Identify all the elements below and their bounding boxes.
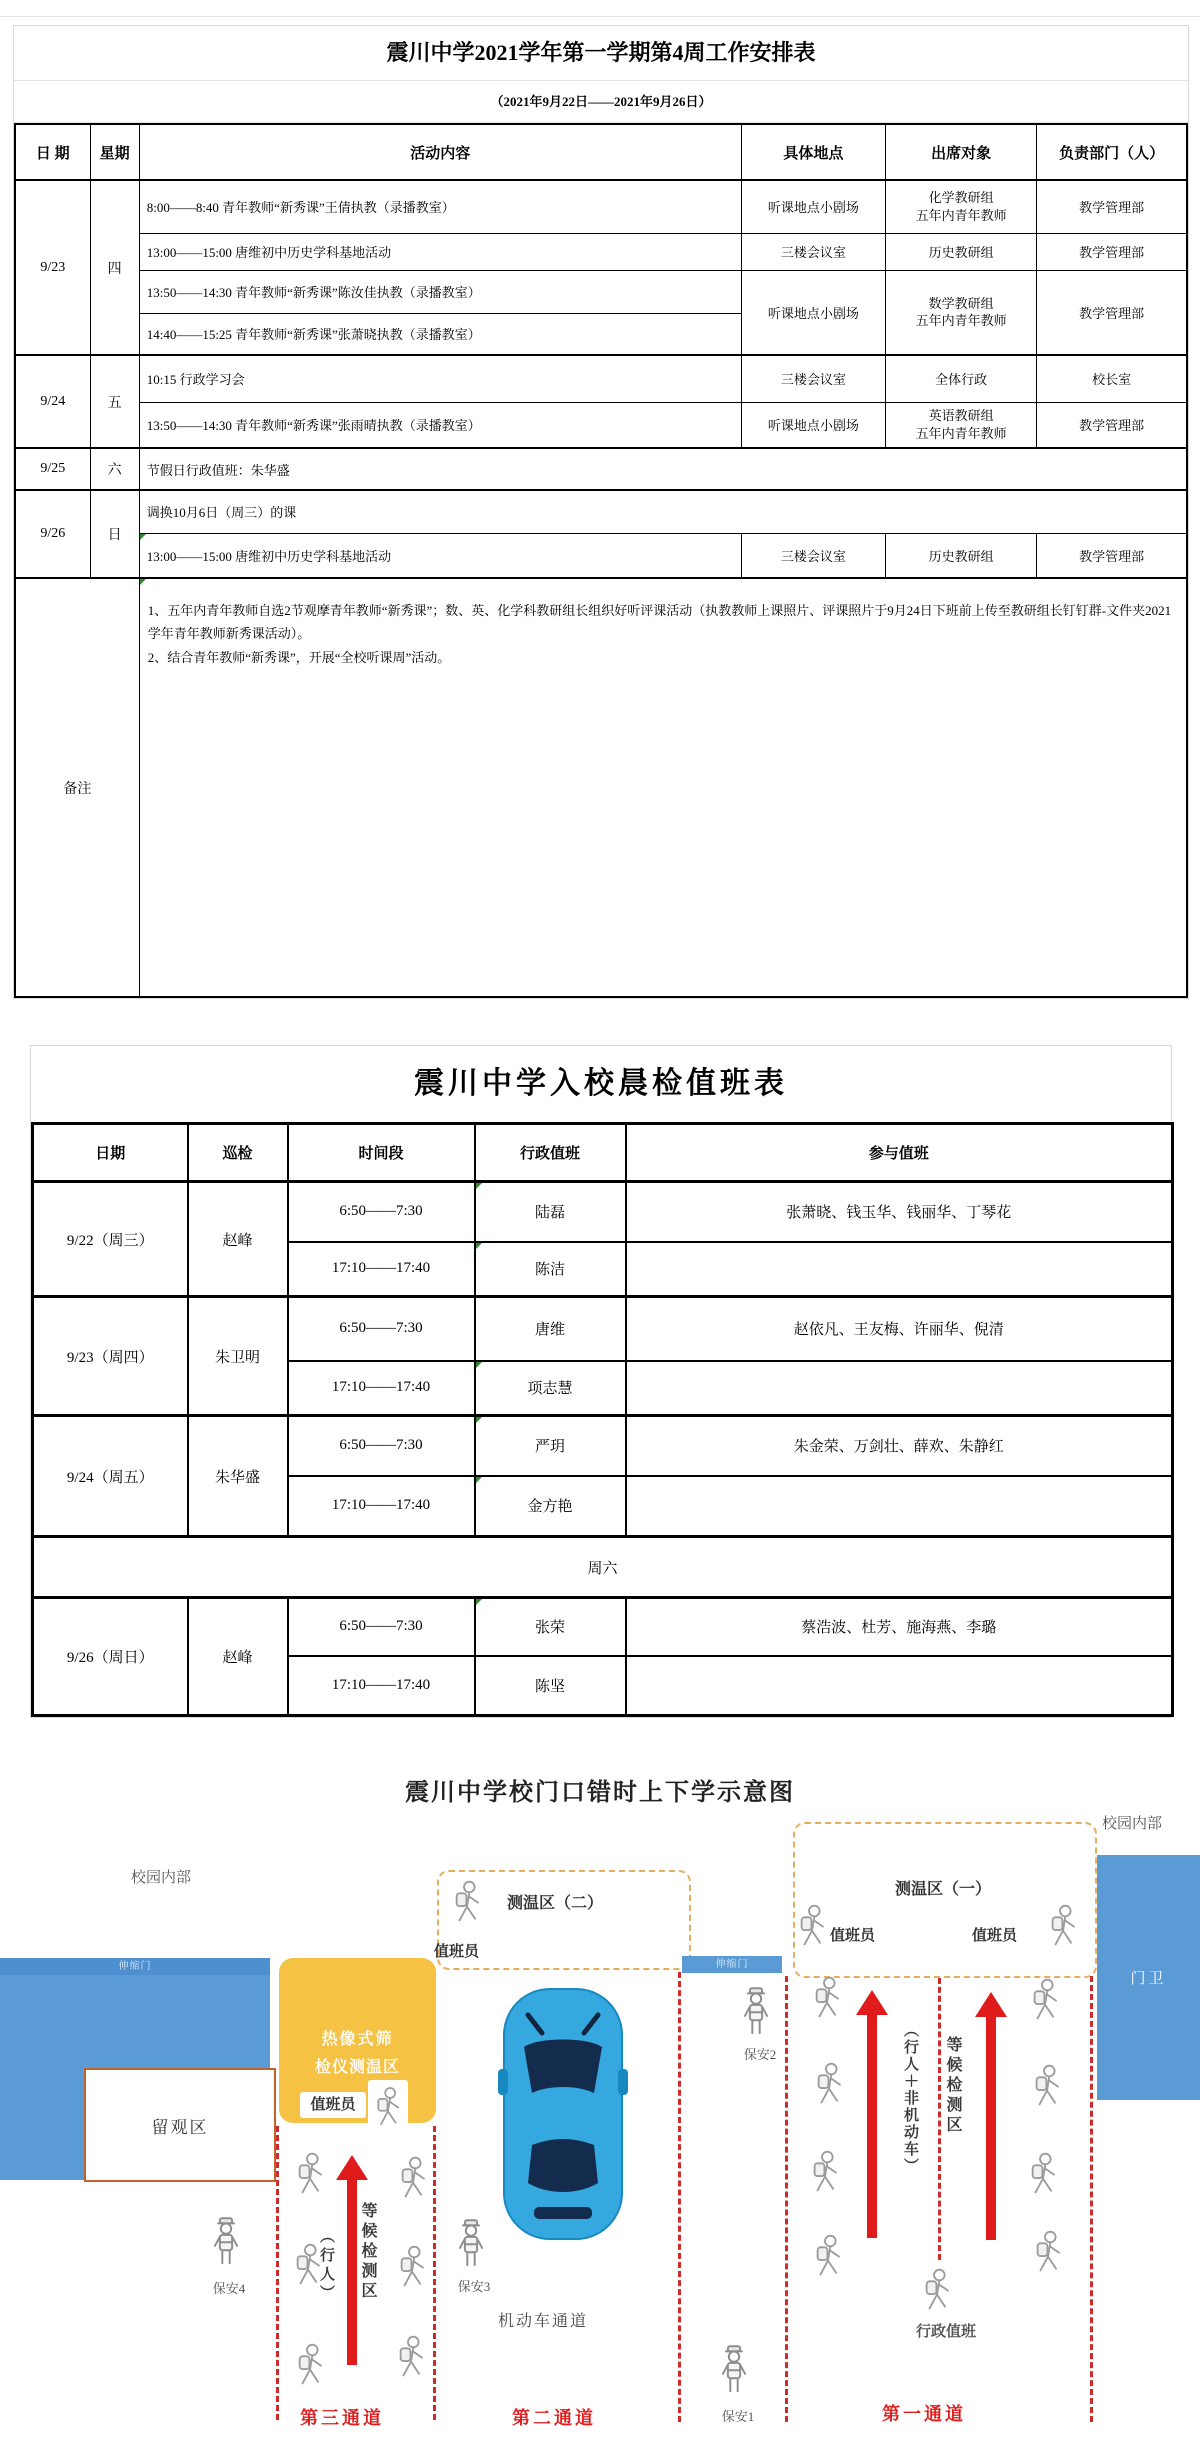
- student-figure-icon: [397, 2245, 427, 2289]
- saturday-cell: 周六: [33, 1537, 1173, 1598]
- col-header-attendee: 出席对象: [885, 124, 1036, 180]
- duty-roster-title: 震川中学入校晨检值班表: [31, 1046, 1171, 1122]
- table-header-row: 日 期 星期 活动内容 具体地点 出席对象 负责部门（人）: [15, 124, 1187, 180]
- attendee-cell: 化学教研组 五年内青年教师: [885, 180, 1036, 233]
- student-figure-icon: [295, 2152, 325, 2196]
- time-cell: 6:50——7:30: [288, 1416, 475, 1476]
- lane2-right-line: [678, 1972, 681, 2422]
- table-row: 9/24（周五） 朱华盛 6:50——7:30 严玥 朱金荣、万剑壮、薛欢、朱静…: [33, 1416, 1173, 1476]
- up-arrow-shaft: [347, 2177, 357, 2365]
- weekly-schedule-table: 日 期 星期 活动内容 具体地点 出席对象 负责部门（人） 9/23 四 8:0…: [14, 123, 1188, 998]
- table-row: 9/23 四 8:00——8:40 青年教师“新秀课”王倩执教（录播教室） 听课…: [15, 180, 1187, 233]
- lane3-left-line: [276, 2126, 279, 2420]
- dept-cell: 教学管理部: [1037, 180, 1187, 233]
- ped-nonmotor-vtext: （行人＋非机动车）: [900, 2022, 921, 2227]
- place-cell: 听课地点小剧场: [741, 180, 885, 233]
- activity-cell: 节假日行政值班：朱华盛: [139, 448, 1187, 490]
- attendant-figure-icon: [452, 1876, 482, 1928]
- observation-zone-box: 留观区: [84, 2068, 276, 2182]
- lane1-middle-line: [938, 1978, 941, 2260]
- student-figure-icon: [293, 2243, 323, 2287]
- col-header-week: 星期: [90, 124, 139, 180]
- weekly-schedule-title: 震川中学2021学年第一学期第4周工作安排表: [14, 26, 1188, 81]
- guard1-label: 保安1: [722, 2406, 755, 2425]
- thermal-box-line2: 检仪测温区: [279, 2054, 436, 2077]
- admin-duty-cell: 陈坚: [475, 1656, 626, 1716]
- lane3-right-line: [433, 2126, 436, 2420]
- notes-row: 备注 1、五年内青年教师自选2节观摩青年教师“新秀课”；数、英、化学科教研组长组…: [15, 578, 1187, 997]
- col-header-admin: 行政值班: [475, 1124, 626, 1182]
- activity-cell: 10:15 行政学习会: [139, 355, 741, 402]
- time-cell: 17:10——17:40: [288, 1656, 475, 1716]
- lane1-left-line: [785, 1976, 788, 2422]
- activity-cell: 13:00——15:00 唐维初中历史学科基地活动: [139, 533, 741, 578]
- weekly-schedule-sheet: 震川中学2021学年第一学期第4周工作安排表 （2021年9月22日——2021…: [13, 25, 1189, 999]
- temp-zone-1-label: 测温区（一）: [793, 1876, 1093, 1899]
- wait-zone-vtext-lane1: 等候检测区: [941, 2036, 964, 2186]
- participants-cell: [626, 1656, 1173, 1716]
- attendee-cell: 历史教研组: [885, 233, 1036, 270]
- col-header-participants: 参与值班: [626, 1124, 1173, 1182]
- attendant-label-zone1-right: 值班员: [972, 1924, 1017, 1945]
- table-row: 13:50——14:30 青年教师“新秀课”张雨晴执教（录播教室） 听课地点小剧…: [15, 402, 1187, 448]
- student-figure-icon: [813, 2234, 843, 2278]
- temp-zone-2-box: [437, 1870, 691, 1970]
- col-header-date: 日 期: [15, 124, 90, 180]
- attendant-figure-icon: [374, 2084, 402, 2130]
- attendant-label-zone1-left: 值班员: [830, 1924, 875, 1945]
- dept-cell: 教学管理部: [1037, 402, 1187, 448]
- date-cell: 9/26: [15, 490, 90, 578]
- activity-cell: 14:40——15:25 青年教师“新秀课”张萧晓执教（录播教室）: [139, 313, 741, 355]
- place-cell: 听课地点小剧场: [741, 270, 885, 355]
- motor-lane-label: 机动车通道: [498, 2308, 588, 2331]
- table-row: 13:00——15:00 唐维初中历史学科基地活动 三楼会议室 历史教研组 教学…: [15, 233, 1187, 270]
- lane1-right-line: [1090, 1976, 1093, 2422]
- participants-cell: 赵依凡、王友梅、许丽华、倪清: [626, 1297, 1173, 1361]
- attendant-figure-icon: [1048, 1900, 1078, 1952]
- guard-room-label: 门卫: [1097, 1967, 1200, 1988]
- time-cell: 6:50——7:30: [288, 1182, 475, 1242]
- attendee-cell: 全体行政: [885, 355, 1036, 402]
- temp-zone-2-label: 测温区（二）: [507, 1890, 603, 1913]
- time-cell: 6:50——7:30: [288, 1297, 475, 1361]
- student-figure-icon: [814, 2062, 844, 2106]
- participants-cell: 朱金荣、万剑壮、薛欢、朱静红: [626, 1416, 1173, 1476]
- table-header-row: 日期 巡检 时间段 行政值班 参与值班: [33, 1124, 1173, 1182]
- notes-label: 备注: [15, 578, 139, 997]
- saturday-row: 周六: [33, 1537, 1173, 1598]
- duty-roster-sheet: 震川中学入校晨检值班表 日期 巡检 时间段 行政值班 参与值班 9/22（周三）…: [30, 1045, 1172, 1718]
- attendant-label-zone2: 值班员: [434, 1940, 479, 1961]
- attendee-cell: 数学教研组 五年内青年教师: [885, 270, 1036, 355]
- col-header-patrol: 巡检: [188, 1124, 288, 1182]
- temp-zone-1-box: [793, 1822, 1097, 1978]
- up-arrow-icon: [336, 2155, 368, 2180]
- patrol-cell: 赵峰: [188, 1182, 288, 1297]
- date-cell: 9/26（周日）: [33, 1598, 188, 1716]
- activity-cell: 13:50——14:30 青年教师“新秀课”陈汝佳执教（录播教室）: [139, 270, 741, 313]
- time-cell: 17:10——17:40: [288, 1361, 475, 1416]
- admin-duty-cell: 金方艳: [475, 1476, 626, 1537]
- guard3-label: 保安3: [458, 2276, 491, 2295]
- date-cell: 9/23: [15, 180, 90, 355]
- dept-cell: 校长室: [1037, 355, 1187, 402]
- place-cell: 三楼会议室: [741, 233, 885, 270]
- guard-figure-icon: [740, 1986, 772, 2036]
- table-row: 13:00——15:00 唐维初中历史学科基地活动 三楼会议室 历史教研组 教学…: [15, 533, 1187, 578]
- student-figure-icon: [1028, 2152, 1058, 2196]
- participants-cell: [626, 1476, 1173, 1537]
- week-cell: 五: [90, 355, 139, 448]
- participants-cell: 蔡浩波、杜芳、施海燕、李璐: [626, 1598, 1173, 1656]
- car-top-view: [498, 1985, 628, 2243]
- thermal-screening-box: 热像式筛 检仪测温区 值班员: [279, 1958, 436, 2123]
- patrol-cell: 朱卫明: [188, 1297, 288, 1416]
- activity-cell: 调换10月6日（周三）的课: [139, 490, 1187, 533]
- guard4-label: 保安4: [213, 2278, 246, 2297]
- admin-duty-figure-icon: [922, 2266, 952, 2314]
- admin-duty-label: 行政值班: [916, 2320, 976, 2341]
- campus-inner-label-right: 校园内部: [1102, 1812, 1162, 1833]
- place-cell: 三楼会议室: [741, 355, 885, 402]
- col-header-activity: 活动内容: [139, 124, 741, 180]
- guard-figure-icon: [210, 2216, 242, 2266]
- student-figure-icon: [1032, 2064, 1062, 2108]
- table-row: 9/25 六 节假日行政值班：朱华盛: [15, 448, 1187, 490]
- student-figure-icon: [810, 2150, 840, 2194]
- up-arrow-shaft: [867, 2012, 877, 2238]
- attendant-label-thermal: 值班员: [300, 2092, 366, 2118]
- col-header-place: 具体地点: [741, 124, 885, 180]
- notes-content: 1、五年内青年教师自选2节观摩青年教师“新秀课”；数、英、化学科教研组长组织好听…: [139, 578, 1187, 997]
- activity-cell: 8:00——8:40 青年教师“新秀课”王倩执教（录播教室）: [139, 180, 741, 233]
- student-figure-icon: [295, 2343, 325, 2387]
- place-cell: 听课地点小剧场: [741, 402, 885, 448]
- col-header-time: 时间段: [288, 1124, 475, 1182]
- admin-duty-cell: 张荣: [475, 1598, 626, 1656]
- guard-figure-icon: [718, 2344, 750, 2394]
- guard-room-box: 门卫: [1097, 1855, 1200, 2100]
- attendee-cell: 历史教研组: [885, 533, 1036, 578]
- date-cell: 9/24: [15, 355, 90, 448]
- diagram-title: 震川中学校门口错时上下学示意图: [0, 1772, 1200, 1807]
- student-figure-icon: [812, 1976, 842, 2020]
- admin-duty-cell: 唐维: [475, 1297, 626, 1361]
- campus-inner-label-left: 校园内部: [131, 1866, 191, 1887]
- student-figure-icon: [1033, 2230, 1063, 2274]
- col-header-dept: 负责部门（人）: [1037, 124, 1187, 180]
- date-cell: 9/25: [15, 448, 90, 490]
- table-row: 9/26 日 调换10月6日（周三）的课: [15, 490, 1187, 533]
- page-top-divider: [0, 16, 1200, 17]
- up-arrow-icon: [856, 1990, 888, 2015]
- student-figure-icon: [396, 2335, 426, 2379]
- dept-cell: 教学管理部: [1037, 533, 1187, 578]
- weekly-schedule-daterange: （2021年9月22日——2021年9月26日）: [14, 81, 1188, 123]
- lane3-label: 第三通道: [300, 2404, 384, 2430]
- patrol-cell: 赵峰: [188, 1598, 288, 1716]
- week-cell: 六: [90, 448, 139, 490]
- admin-duty-cell: 严玥: [475, 1416, 626, 1476]
- table-row: 9/26（周日） 赵峰 6:50——7:30 张荣 蔡浩波、杜芳、施海燕、李璐: [33, 1598, 1173, 1656]
- pedestrian-vtext: （行人）: [316, 2228, 337, 2338]
- dept-cell: 教学管理部: [1037, 270, 1187, 355]
- participants-cell: 张萧晓、钱玉华、钱丽华、丁琴花: [626, 1182, 1173, 1242]
- time-cell: 17:10——17:40: [288, 1242, 475, 1297]
- time-cell: 17:10——17:40: [288, 1476, 475, 1537]
- admin-duty-cell: 陆磊: [475, 1182, 626, 1242]
- lane1-label: 第一通道: [882, 2400, 966, 2426]
- place-cell: 三楼会议室: [741, 533, 885, 578]
- table-row: 9/22（周三） 赵峰 6:50——7:30 陆磊 张萧晓、钱玉华、钱丽华、丁琴…: [33, 1182, 1173, 1242]
- participants-cell: [626, 1361, 1173, 1416]
- week-cell: 日: [90, 490, 139, 578]
- student-figure-icon: [398, 2156, 428, 2200]
- participants-cell: [626, 1242, 1173, 1297]
- admin-duty-cell: 项志慧: [475, 1361, 626, 1416]
- attendant-chip: [368, 2080, 408, 2130]
- week-cell: 四: [90, 180, 139, 355]
- retractable-gate-left: 伸缩门: [0, 1958, 270, 1975]
- activity-cell: 13:50——14:30 青年教师“新秀课”张雨晴执教（录播教室）: [139, 402, 741, 448]
- campus-building-block: [0, 1958, 270, 2180]
- activity-cell: 13:00——15:00 唐维初中历史学科基地活动: [139, 233, 741, 270]
- up-arrow-icon: [975, 1992, 1007, 2017]
- table-row: 9/24 五 10:15 行政学习会 三楼会议室 全体行政 校长室: [15, 355, 1187, 402]
- wait-zone-vtext-lane3: 等候检测区: [356, 2202, 379, 2352]
- guard2-label: 保安2: [744, 2044, 777, 2063]
- student-figure-icon: [1030, 1978, 1060, 2022]
- admin-duty-cell: 陈洁: [475, 1242, 626, 1297]
- attendee-cell: 英语教研组 五年内青年教师: [885, 402, 1036, 448]
- table-row: 13:50——14:30 青年教师“新秀课”陈汝佳执教（录播教室） 听课地点小剧…: [15, 270, 1187, 313]
- retractable-gate-right: 伸缩门: [682, 1956, 782, 1973]
- date-cell: 9/22（周三）: [33, 1182, 188, 1297]
- attendant-figure-icon: [797, 1900, 827, 1952]
- dept-cell: 教学管理部: [1037, 233, 1187, 270]
- col-header-date: 日期: [33, 1124, 188, 1182]
- date-cell: 9/23（周四）: [33, 1297, 188, 1416]
- lane2-label: 第二通道: [512, 2404, 596, 2430]
- thermal-box-line1: 热像式筛: [279, 2026, 436, 2049]
- guard-figure-icon: [455, 2218, 487, 2268]
- up-arrow-shaft: [986, 2014, 996, 2240]
- time-cell: 6:50——7:30: [288, 1598, 475, 1656]
- date-cell: 9/24（周五）: [33, 1416, 188, 1537]
- table-row: 9/23（周四） 朱卫明 6:50——7:30 唐维 赵依凡、王友梅、许丽华、倪…: [33, 1297, 1173, 1361]
- patrol-cell: 朱华盛: [188, 1416, 288, 1537]
- duty-roster-table: 日期 巡检 时间段 行政值班 参与值班 9/22（周三） 赵峰 6:50——7:…: [31, 1122, 1174, 1717]
